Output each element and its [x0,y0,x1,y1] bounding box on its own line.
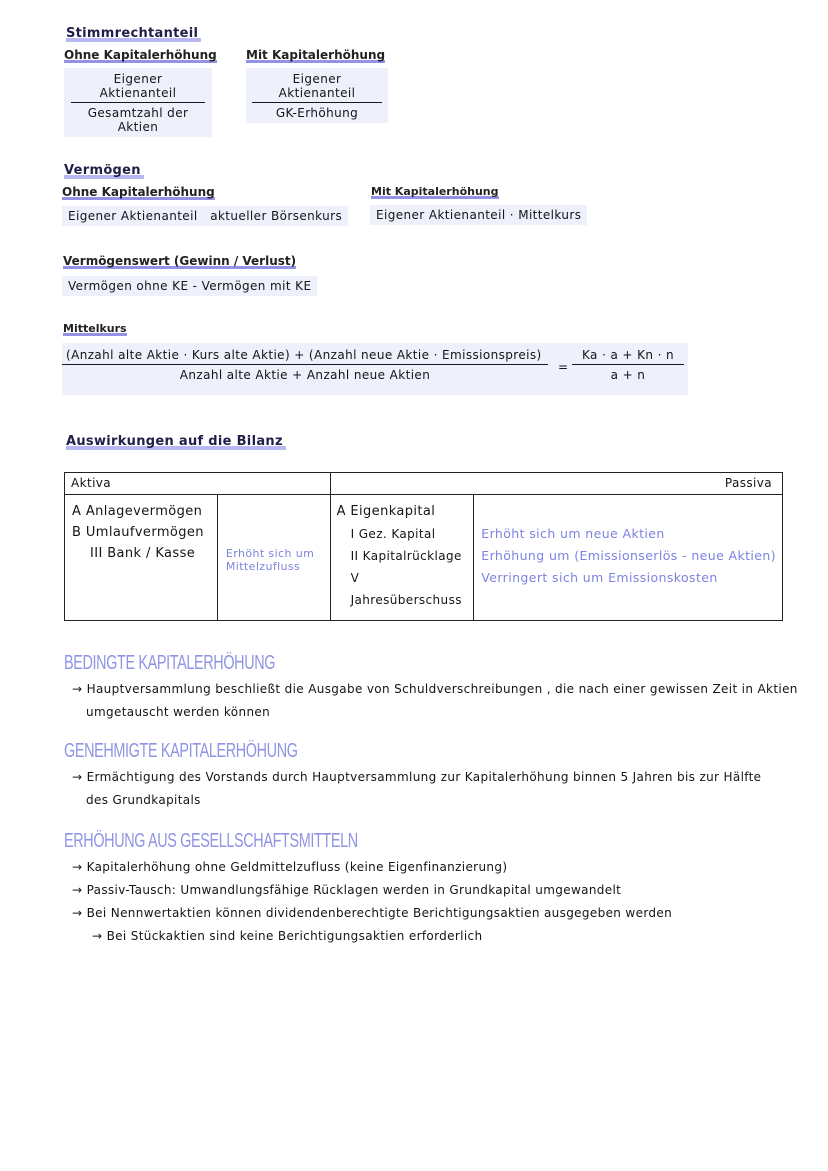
stimmrecht-ohne-numerator: Eigener Aktienanteil [71,71,204,103]
bilanz-table: Aktiva Passiva A Anlagevermögen B Umlauf… [64,472,783,621]
vermoegen-ohne-formula: Eigener Aktienanteil aktueller Börsenkur… [62,206,348,226]
bullet-text: umgetauscht werden können [86,705,270,719]
mittelkurs-formula: (Anzahl alte Aktie · Kurs alte Aktie) + … [62,343,688,395]
bullet-text: Bei Nennwertaktien können dividendenbere… [87,906,672,920]
section-title: GENEHMIGTE KAPITALERHÖHUNG [64,740,298,763]
aktiva-item: B Umlaufvermögen [72,522,210,543]
aktiva-items-cell: A Anlagevermögen B Umlaufvermögen III Ba… [65,495,218,621]
arrow-icon: → [72,883,87,897]
stimmrecht-mit-numerator: Eigener Aktienanteil [252,71,382,103]
bullet-item: → Ermächtigung des Vorstands durch Haupt… [72,770,761,784]
section: BEDINGTE KAPITALERHÖHUNG→ Hauptversammlu… [64,652,357,675]
bullet-text: Ermächtigung des Vorstands durch Hauptve… [87,770,762,784]
bullet-item: → Kapitalerhöhung ohne Geldmittelzufluss… [72,860,507,874]
bullet-text: Hauptversammlung beschließt die Ausgabe … [87,682,798,696]
arrow-icon: → [72,682,87,696]
section: ERHÖHUNG AUS GESELLSCHAFTSMITTELN→ Kapit… [64,830,472,853]
bullet-item: → Passiv-Tausch: Umwandlungsfähige Rückl… [72,883,621,897]
bullet-item: → Bei Nennwertaktien können dividendenbe… [72,906,672,920]
bullet-item: → Bei Stückaktien sind keine Berichtigun… [92,929,482,943]
mittelkurs-denominator: Anzahl alte Aktie + Anzahl neue Aktien [176,365,434,382]
arrow-icon: → [72,770,87,784]
passiva-note: Erhöhung um (Emissionserlös - neue Aktie… [481,545,776,567]
bullet-item: des Grundkapitals [86,793,201,807]
bullet-text: Bei Stückaktien sind keine Berichtigungs… [107,929,483,943]
passiva-header: Passiva [330,473,782,495]
stimmrecht-ohne-label: Ohne Kapitalerhöhung [64,48,217,63]
stimmrecht-ohne-fraction: Eigener Aktienanteil Gesamtzahl der Akti… [64,68,212,137]
arrow-icon: → [72,906,87,920]
vermoegen-ohne-label: Ohne Kapitalerhöhung [62,185,215,200]
aktiva-item: III Bank / Kasse [72,543,210,564]
stimmrecht-title: Stimmrechtanteil [66,26,201,42]
vermoegenswert-formula: Vermögen ohne KE - Vermögen mit KE [62,276,317,296]
stimmrecht-mit-denominator: GK-Erhöhung [272,103,362,120]
section-title: BEDINGTE KAPITALERHÖHUNG [64,652,275,675]
bullet-text: Kapitalerhöhung ohne Geldmittelzufluss (… [87,860,508,874]
passiva-note: Verringert sich um Emissionskosten [481,567,776,589]
mittelkurs-short-denominator: a + n [607,365,650,382]
mittelkurs-label: Mittelkurs [63,322,127,336]
vermoegen-mit-label: Mit Kapitalerhöhung [371,185,499,199]
bullet-text: des Grundkapitals [86,793,201,807]
section: GENEHMIGTE KAPITALERHÖHUNG→ Ermächtigung… [64,740,388,763]
aktiva-label: Aktiva [71,476,111,490]
mittelkurs-equals: = [558,360,568,374]
mittelkurs-numerator: (Anzahl alte Aktie · Kurs alte Aktie) + … [62,347,548,365]
passiva-item: II Kapitalrücklage [337,545,468,567]
passiva-label: Passiva [725,476,772,490]
passiva-items-cell: A Eigenkapital I Gez. Kapital II Kapital… [330,495,474,621]
stimmrecht-mit-fraction: Eigener Aktienanteil GK-Erhöhung [246,68,388,123]
passiva-item: A Eigenkapital [337,501,468,523]
passiva-note: Erhöht sich um neue Aktien [481,523,776,545]
bullet-item: umgetauscht werden können [86,705,270,719]
arrow-icon: → [72,860,87,874]
stimmrecht-mit-label: Mit Kapitalerhöhung [246,48,385,63]
section-title: ERHÖHUNG AUS GESELLSCHAFTSMITTELN [64,830,358,853]
aktiva-header: Aktiva [65,473,331,495]
vermoegen-mit-formula: Eigener Aktienanteil · Mittelkurs [370,205,587,225]
aktiva-item: A Anlagevermögen [72,501,210,522]
arrow-icon: → [92,929,107,943]
mittelkurs-short-numerator: Ka · a + Kn · n [572,347,684,365]
bilanz-title: Auswirkungen auf die Bilanz [66,434,286,450]
passiva-item: I Gez. Kapital [337,523,468,545]
aktiva-note: Erhöht sich um Mittelzufluss [226,547,324,573]
passiva-item: V Jahresüberschuss [337,567,468,611]
aktiva-note-cell: Erhöht sich um Mittelzufluss [217,495,330,621]
bullet-item: → Hauptversammlung beschließt die Ausgab… [72,682,798,696]
passiva-notes-cell: Erhöht sich um neue Aktien Erhöhung um (… [474,495,783,621]
stimmrecht-ohne-denominator: Gesamtzahl der Aktien [70,103,206,134]
vermoegenswert-label: Vermögenswert (Gewinn / Verlust) [63,254,296,269]
vermoegen-title: Vermögen [64,163,144,179]
bullet-text: Passiv-Tausch: Umwandlungsfähige Rücklag… [87,883,622,897]
